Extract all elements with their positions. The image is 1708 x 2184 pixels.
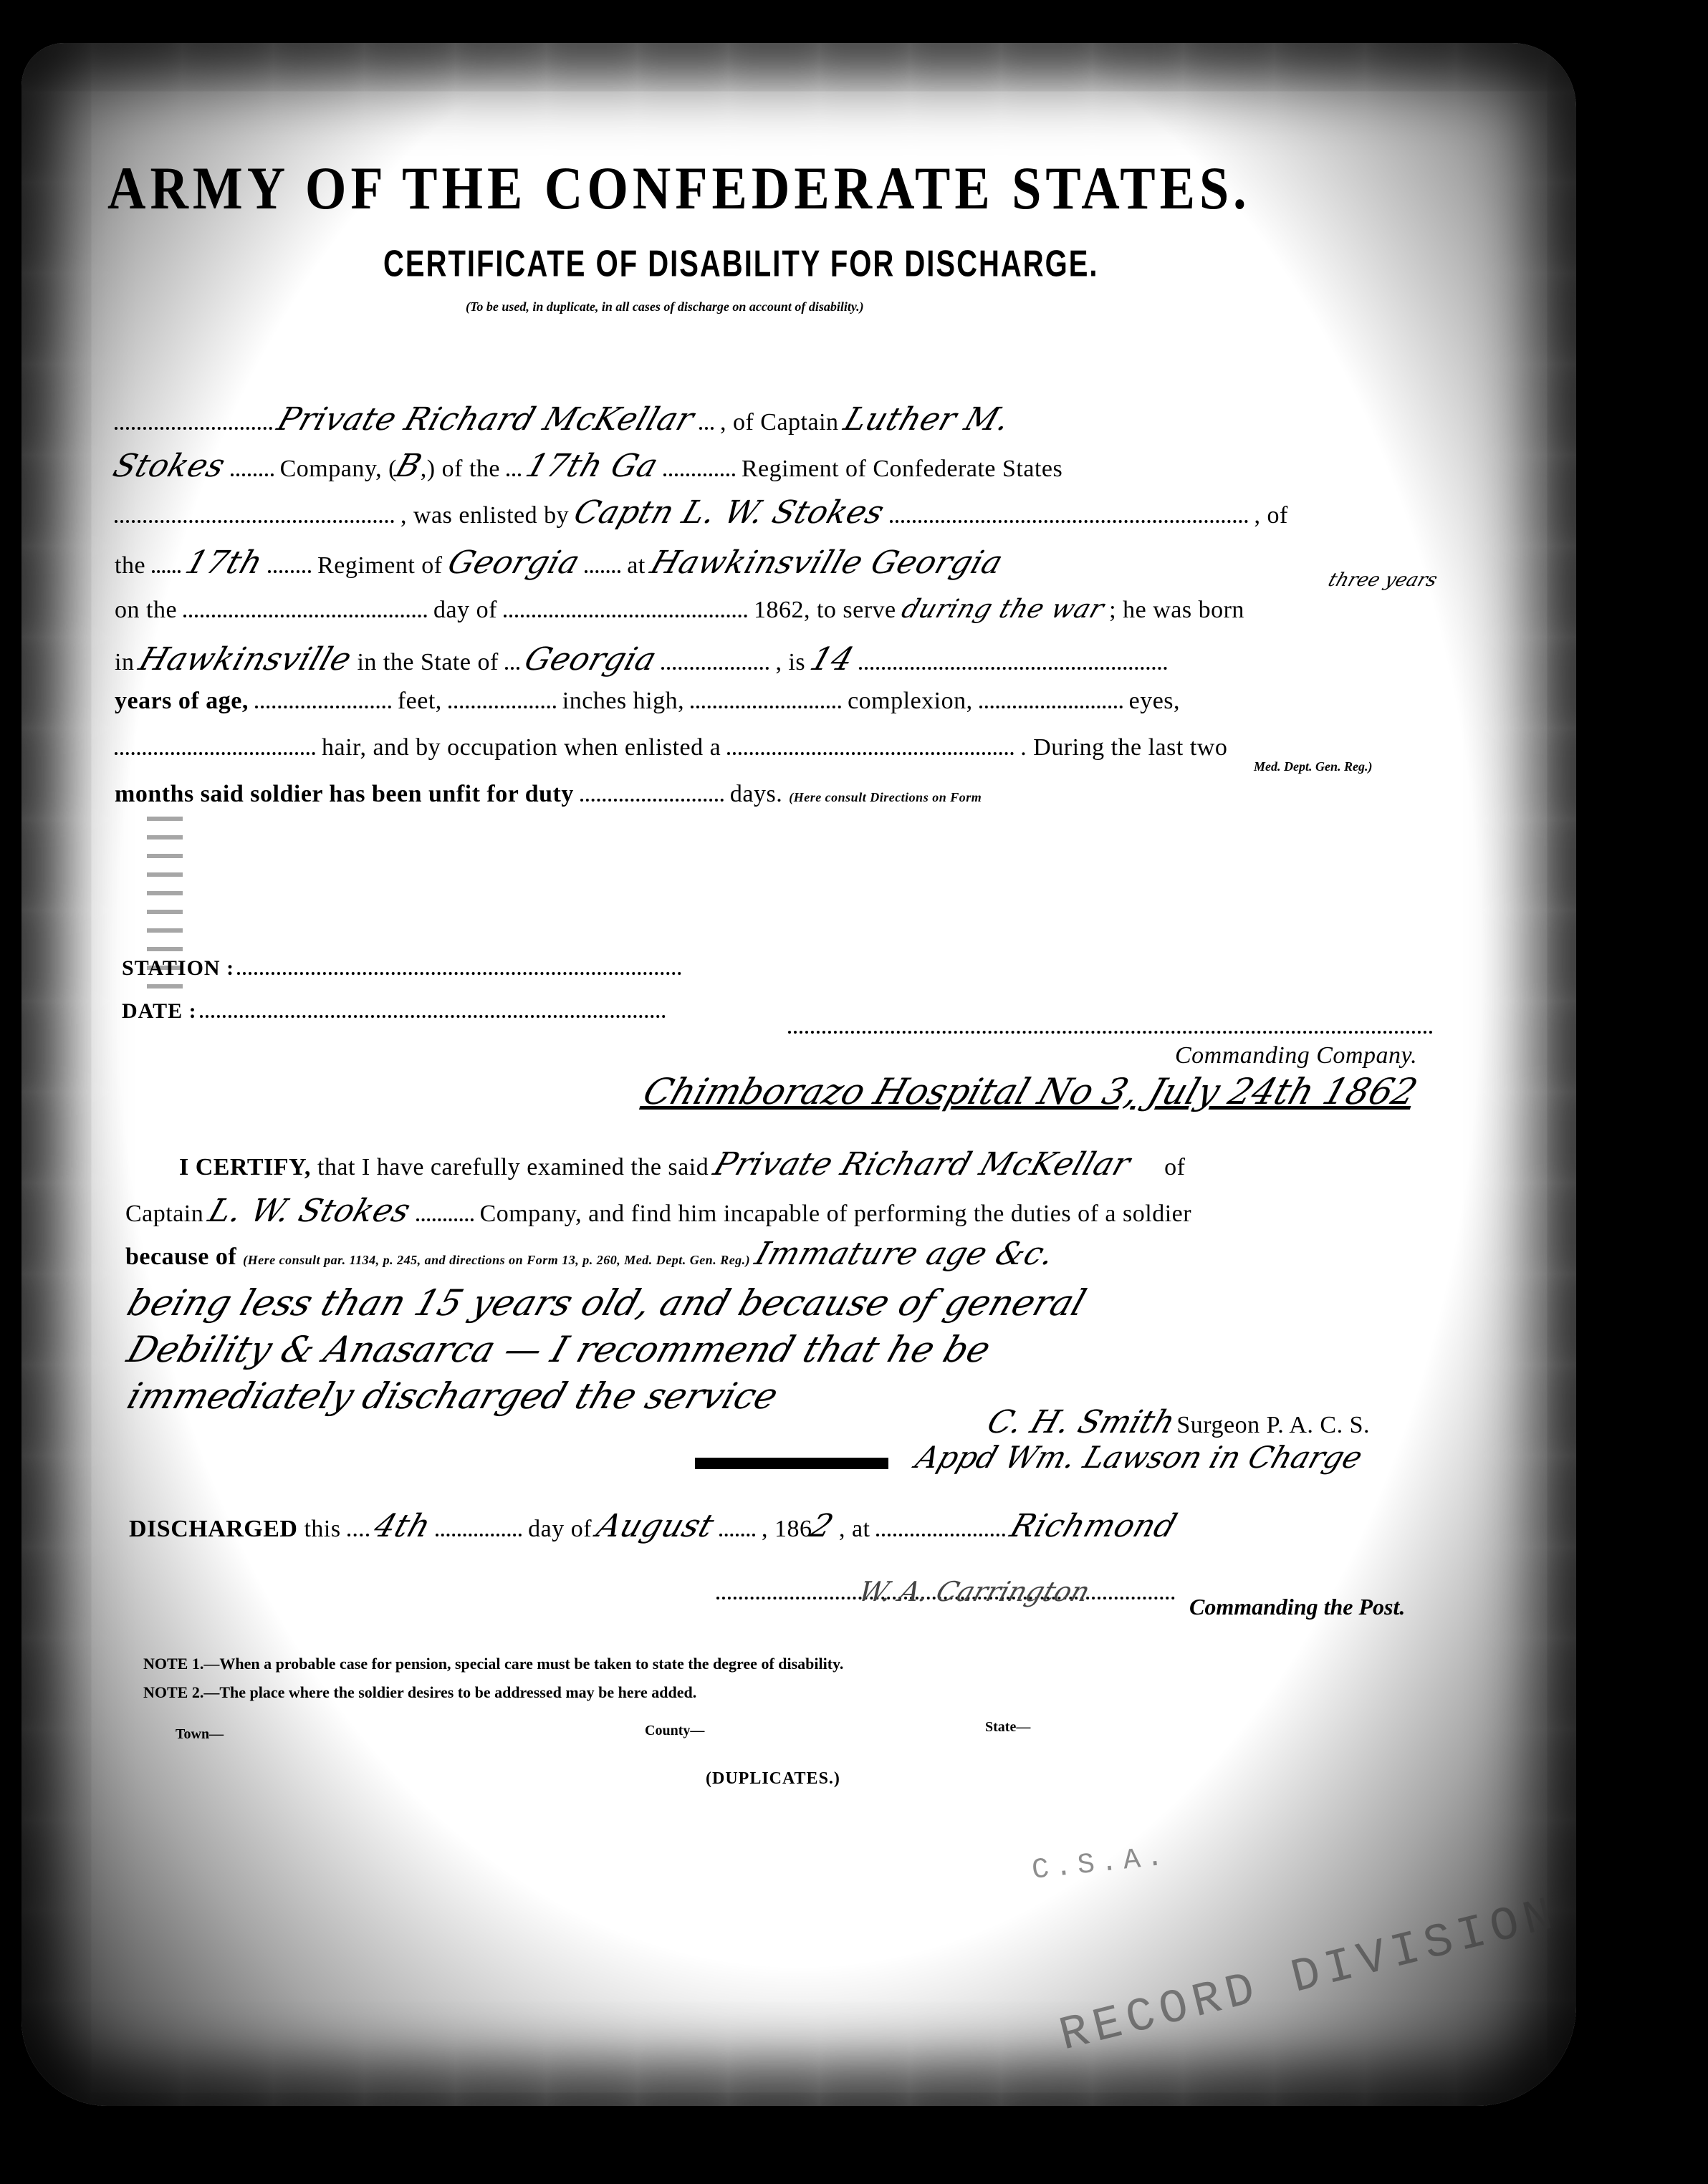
enlisted-by-handwritten: Captn L. W. Stokes xyxy=(570,494,889,531)
regiment-of-line: the 17th Regiment of Georgia at Hawkinsv… xyxy=(115,544,1002,581)
incapable-text: Company, and find him incapable of perfo… xyxy=(480,1201,1192,1227)
birth-state-handwritten: Georgia xyxy=(519,641,661,678)
enlist-month-field xyxy=(504,615,747,617)
because-line: because of (Here consult par. 1134, p. 2… xyxy=(125,1236,1054,1272)
certify-lead: I CERTIFY, xyxy=(179,1154,311,1180)
of-label: , of xyxy=(1254,502,1288,529)
town-label: Town— xyxy=(176,1726,224,1743)
usage-instruction: (To be used, in duplicate, in all cases … xyxy=(466,299,864,314)
blank-field xyxy=(890,520,1248,523)
is-label: , is xyxy=(775,649,805,675)
captain-name-handwritten: L. W. Stokes xyxy=(204,1193,416,1229)
years-of-age-label: years of age, xyxy=(115,688,249,714)
company-label: Company, ( xyxy=(280,456,397,482)
company-line: Stokes Company, (B,) of the 17th Ga Regi… xyxy=(115,448,1062,484)
days-label: days. xyxy=(730,781,782,807)
document-subtitle: CERTIFICATE OF DISABILITY FOR DISCHARGE. xyxy=(383,244,1099,286)
hair-occupation-label: hair, and by occupation when enlisted a xyxy=(322,734,721,761)
of-captain-label: , of Captain xyxy=(720,409,839,436)
blank-field xyxy=(436,1534,522,1536)
commanding-company-label: Commanding Company. xyxy=(1175,1042,1417,1069)
blank-field xyxy=(347,1534,369,1536)
enlist-place-handwritten: Hawkinsville Georgia xyxy=(646,544,1008,581)
eyes-field xyxy=(979,706,1123,708)
at-label: at xyxy=(627,552,646,579)
soldier-name-handwritten: Private Richard McKellar xyxy=(273,401,699,438)
term-correction-handwritten: three years xyxy=(1325,569,1440,591)
certified-soldier-handwritten: Private Richard McKellar xyxy=(709,1146,1136,1183)
blank-field xyxy=(507,473,521,476)
regiment-state-handwritten: Georgia xyxy=(443,544,584,581)
station-row: STATION : xyxy=(122,956,681,981)
note-2: NOTE 2.—The place where the soldier desi… xyxy=(143,1683,696,1702)
reason-line-3-handwritten: Debility & Anasarca — I recommend that h… xyxy=(123,1329,996,1370)
blank-field xyxy=(661,667,769,670)
reason-line-2-handwritten: being less than 15 years old, and becaus… xyxy=(123,1282,1091,1324)
inches-field xyxy=(448,706,556,708)
document-title: ARMY OF THE CONFEDERATE STATES. xyxy=(107,154,1251,224)
feet-field xyxy=(255,706,391,708)
date-row: DATE : xyxy=(122,999,666,1024)
unfit-line: months said soldier has been unfit for d… xyxy=(115,781,982,808)
because-of-label: because of xyxy=(125,1243,236,1270)
enlist-date-line: on the day of 1862, to serve during the … xyxy=(115,595,1244,624)
surgeon-signature-row: C. H. Smith Surgeon P. A. C. S. xyxy=(989,1404,1370,1440)
blank-field xyxy=(231,473,274,476)
birthplace-handwritten: Hawkinsville xyxy=(135,641,357,678)
term-handwritten: during the war xyxy=(898,595,1108,624)
of-label: of xyxy=(1164,1154,1185,1180)
captain-company-line: Captain L. W. Stokes Company, and find h… xyxy=(125,1193,1191,1229)
duplicates-label: (DUPLICATES.) xyxy=(706,1769,840,1789)
station-label: STATION : xyxy=(122,956,234,980)
discharge-month-handwritten: August xyxy=(592,1508,719,1544)
surgeon-signature-handwritten: C. H. Smith xyxy=(983,1404,1180,1440)
regiment-of-label: Regiment of xyxy=(317,552,443,579)
on-the-label: on the xyxy=(115,597,177,623)
regiment-number-handwritten: 17th xyxy=(181,544,268,581)
company-close-label: ,) of the xyxy=(421,456,500,482)
reason-line-1-handwritten: Immature age &c. xyxy=(751,1236,1060,1272)
state-of-label: in the State of xyxy=(357,649,498,675)
discharge-day-handwritten: 4th xyxy=(369,1508,435,1544)
year-label: 1862, to serve xyxy=(754,597,896,623)
captain-name-handwritten: Luther M. xyxy=(839,401,1014,438)
discharged-line: DISCHARGED this 4th day of August , 1862… xyxy=(129,1508,1176,1544)
physical-line: years of age, feet, inches high, complex… xyxy=(115,688,1180,715)
surgeon-label: Surgeon P. A. C. S. xyxy=(1176,1412,1370,1438)
days-note: (Here consult Directions on Form xyxy=(789,790,982,804)
feet-label: feet, xyxy=(398,688,442,714)
complexion-label: complexion, xyxy=(848,688,973,714)
because-note: (Here consult par. 1134, p. 245, and dir… xyxy=(243,1253,750,1267)
this-label: this xyxy=(304,1516,340,1542)
note-1: NOTE 1.—When a probable case for pension… xyxy=(143,1655,843,1673)
state-label: State— xyxy=(985,1719,1030,1736)
certify-text: that I have carefully examined the said xyxy=(317,1154,709,1180)
blank-field xyxy=(699,427,714,430)
commanding-post-label: Commanding the Post. xyxy=(1189,1594,1405,1620)
complexion-field xyxy=(691,706,841,708)
year-label: , 186 xyxy=(762,1516,812,1542)
soldier-line: Private Richard McKellar , of Captain Lu… xyxy=(115,401,1009,438)
months-unfit-label: months said soldier has been unfit for d… xyxy=(115,781,574,807)
blank-field xyxy=(876,1534,1005,1536)
age-handwritten: 14 xyxy=(806,641,859,678)
commanding-company-signature-line xyxy=(788,1024,1433,1037)
blank-field xyxy=(416,1218,474,1221)
occupation-line: hair, and by occupation when enlisted a … xyxy=(115,734,1227,761)
inches-label: inches high, xyxy=(562,688,684,714)
enlisted-by-line: , was enlisted by Captn L. W. Stokes , o… xyxy=(115,494,1288,531)
blank-field xyxy=(115,520,394,523)
enlist-day-field xyxy=(183,615,427,617)
regiment-handwritten: 17th Ga xyxy=(522,448,663,484)
day-of-label: day of xyxy=(433,597,497,623)
blank-field xyxy=(585,570,620,573)
day-of-label: day of xyxy=(528,1516,592,1542)
blank-field xyxy=(663,473,735,476)
reason-line-4-handwritten: immediately discharged the service xyxy=(123,1375,784,1417)
hospital-line-handwritten: Chimborazo Hospital No 3, July 24th 1862 xyxy=(638,1071,1423,1112)
captain-surname-handwritten: Stokes xyxy=(109,448,230,484)
captain-label: Captain xyxy=(125,1201,203,1227)
blank-field xyxy=(719,1534,755,1536)
days-unfit-field xyxy=(580,799,724,802)
blank-field xyxy=(152,570,181,573)
signature-field xyxy=(788,1031,1433,1034)
blank-field xyxy=(859,667,1167,670)
in-label: in xyxy=(115,649,134,675)
county-label: County— xyxy=(645,1723,704,1739)
birthplace-line: in Hawkinsville in the State of Georgia … xyxy=(115,641,1167,678)
born-label: ; he was born xyxy=(1109,597,1244,623)
days-note-ref: Med. Dept. Gen. Reg.) xyxy=(1254,759,1372,774)
redaction-bar xyxy=(695,1458,888,1469)
date-label: DATE : xyxy=(122,999,197,1023)
approval-note-handwritten: Appd Wm. Lawson in Charge xyxy=(911,1440,1367,1475)
date-field xyxy=(200,1015,666,1018)
regiment-label: Regiment of Confederate States xyxy=(742,456,1062,482)
the-label: the xyxy=(115,552,145,579)
blank-field xyxy=(268,570,311,573)
discharge-year-digit-handwritten: 2 xyxy=(806,1508,838,1544)
enlisted-by-label: , was enlisted by xyxy=(400,502,569,529)
station-field xyxy=(237,972,681,975)
eyes-label: eyes, xyxy=(1129,688,1180,714)
at-label: , at xyxy=(839,1516,870,1542)
discharge-place-handwritten: Richmond xyxy=(1006,1508,1181,1544)
blank-field xyxy=(115,427,272,430)
hair-field xyxy=(115,752,315,755)
during-label: . During the last two xyxy=(1020,734,1227,761)
blank-field xyxy=(505,667,519,670)
commanding-signature-handwritten: W. A. Carrington xyxy=(855,1576,1094,1607)
certify-line: I CERTIFY, that I have carefully examine… xyxy=(179,1146,1186,1183)
discharged-label: DISCHARGED xyxy=(129,1516,297,1542)
occupation-field xyxy=(727,752,1014,755)
